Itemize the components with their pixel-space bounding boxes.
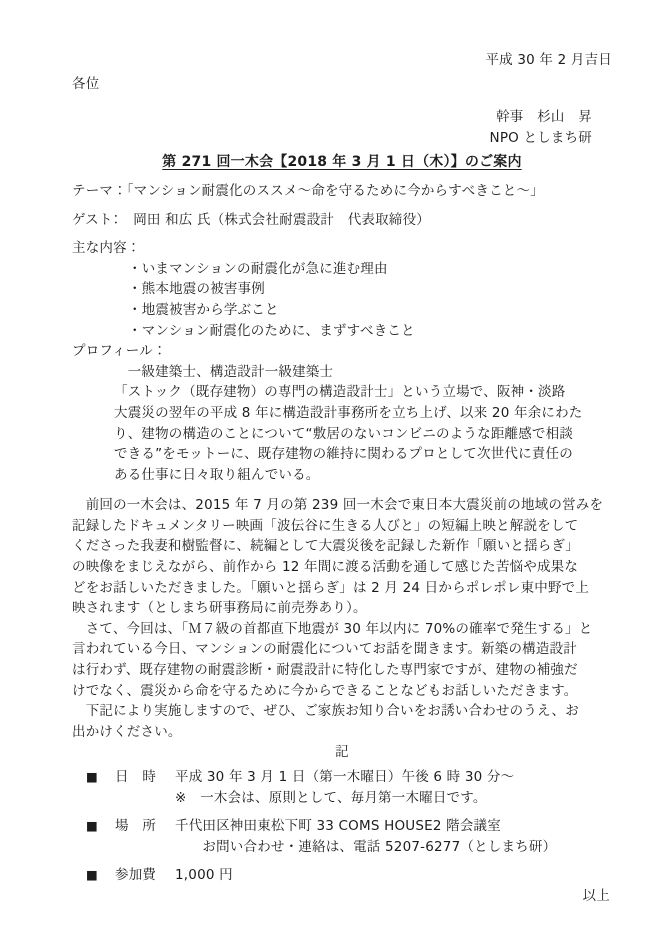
detail-value-place: 千代田区神田東松下町 33 COMS HOUSE2 階会議室 お問い合わせ・連絡… [175,816,612,857]
document-page: 平成 30 年 2 月吉日 各位 幹事 杉山 昇 NPO としまち研 第 271… [0,0,670,948]
profile-label: プロフィール： [72,341,612,362]
sender-name: 幹事 杉山 昇 [72,107,592,128]
contents-label: 主な内容： [72,238,612,259]
profile-block: 一級建築士、構造設計一級建築士 「ストック（既存建物）の専門の構造設計士」という… [114,362,612,486]
date-line: 平成 30 年 2 月吉日 [72,50,612,71]
detail-row-fee: ■ 参加費 1,000 円 [86,865,612,886]
content-item: ・地震被害から学ぶこと [128,300,612,321]
detail-row-place: ■ 場 所 千代田区神田東松下町 33 COMS HOUSE2 階会議室 お問い… [86,816,612,857]
content-item: ・いまマンションの耐震化が急に進む理由 [128,259,612,280]
addressee: 各位 [72,74,612,95]
paragraph-current-topic: さて、今回は、「Ｍ７級の首都直下地震が 30 年以内に 70%の確率で発生する」… [72,619,612,701]
detail-label-datetime: 日 時 [115,767,175,788]
detail-label-fee: 参加費 [115,865,175,886]
record-heading: 記 [72,742,612,763]
paragraph-invitation: 下記により実施しますので、ぜひ、ご家族お知り合いをお誘い合わせのうえ、お 出かけ… [72,701,612,742]
detail-label-place: 場 所 [115,816,175,837]
guest-line: ゲスト： 岡田 和広 氏（株式会社耐震設計 代表取締役） [72,210,612,231]
detail-value-datetime: 平成 30 年 3 月 1 日（第一木曜日）午後 6 時 30 分～ ※ 一木会… [175,767,612,808]
closing-word: 以上 [72,886,612,907]
square-bullet-icon: ■ [86,816,115,837]
square-bullet-icon: ■ [86,767,115,788]
content-item: ・熊本地震の被害事例 [128,279,612,300]
square-bullet-icon: ■ [86,865,115,886]
sender-org: NPO としまち研 [72,128,592,149]
theme-line: テーマ：「マンション耐震化のススメ～命を守るために今からすべきこと～」 [72,181,612,202]
profile-body: 「ストック（既存建物）の専門の構造設計士」という立場で、阪神・淡路 大震災の翌年… [114,382,612,485]
paragraph-previous-meeting: 前回の一木会は、2015 年 7 月の第 239 回一木会で東日本大震災前の地域… [72,495,612,619]
content-item: ・マンション耐震化のために、まずすべきこと [128,321,612,342]
document-title: 第 271 回一木会【2018 年 3 月 1 日（木）】のご案内 [72,152,612,173]
contents-list: ・いまマンションの耐震化が急に進む理由 ・熊本地震の被害事例 ・地震被害から学ぶ… [128,259,612,341]
detail-row-datetime: ■ 日 時 平成 30 年 3 月 1 日（第一木曜日）午後 6 時 30 分～… [86,767,612,808]
detail-value-fee: 1,000 円 [175,865,612,886]
profile-qualifications: 一級建築士、構造設計一級建築士 [114,362,612,383]
sender-block: 幹事 杉山 昇 NPO としまち研 [72,107,612,148]
